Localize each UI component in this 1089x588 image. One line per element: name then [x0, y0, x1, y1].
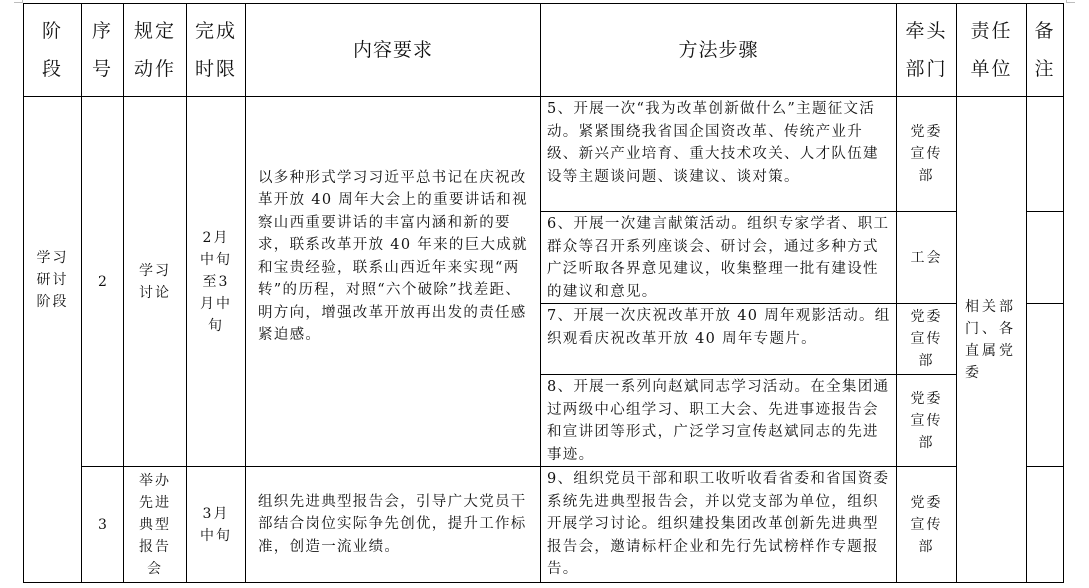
lead-dept-cell: 党委宣传部	[897, 375, 957, 467]
header-action: 规定动作	[124, 4, 187, 97]
page-corner-mark	[1066, 0, 1075, 3]
stage-cell: 学习研讨阶段	[24, 97, 82, 583]
lead-dept-cell: 党委宣传部	[897, 467, 957, 583]
deadline-cell: 3月中旬	[187, 467, 246, 583]
lead-dept-cell: 党委宣传部	[897, 304, 957, 375]
seq-cell: 3	[82, 467, 124, 583]
method-step-8: 8、开展一系列向赵斌同志学习活动。在全集团通过两级中心组学习、职工大会、先进事迹…	[541, 375, 897, 467]
lead-dept-cell: 党委宣传部	[897, 97, 957, 212]
header-method: 方法步骤	[541, 4, 897, 97]
header-content: 内容要求	[246, 4, 541, 97]
header-deadline: 完成时限	[187, 4, 246, 97]
header-remark: 备注	[1027, 4, 1064, 97]
content-requirement-cell: 以多种形式学习习近平总书记在庆祝改革开放 40 周年大会上的重要讲话和视察山西重…	[246, 97, 541, 467]
content-requirement-cell: 组织先进典型报告会，引导广大党员干部结合岗位实际争先创优，提升工作标准，创造一流…	[246, 467, 541, 583]
header-seq: 序号	[82, 4, 124, 97]
method-step-7: 7、开展一次庆祝改革开放 40 周年观影活动。组织观看庆祝改革开放 40 周年专…	[541, 304, 897, 375]
header-stage: 阶段	[24, 4, 82, 97]
remark-cell	[1027, 97, 1064, 212]
remark-cell	[1027, 467, 1064, 583]
header-row: 阶段 序号 规定动作 完成时限 内容要求 方法步骤 牵头部门 责任单位 备注	[24, 4, 1064, 97]
header-lead-dept: 牵头部门	[897, 4, 957, 97]
table-row: 3 举办先进典型报告会 3月中旬 组织先进典型报告会，引导广大党员干部结合岗位实…	[24, 467, 1064, 583]
method-step-6: 6、开展一次建言献策活动。组织专家学者、职工群众等召开系列座谈会、研讨会，通过多…	[541, 212, 897, 304]
responsible-unit-cell: 相关部门、各直属党委	[957, 97, 1027, 583]
deadline-cell: 2月中旬至3月中旬	[187, 97, 246, 467]
table-row: 学习研讨阶段 2 学习讨论 2月中旬至3月中旬 以多种形式学习习近平总书记在庆祝…	[24, 97, 1064, 212]
method-step-9: 9、组织党员干部和职工收听收看省委和省国资委系统先进典型报告会，并以党支部为单位…	[541, 467, 897, 583]
method-step-5: 5、开展一次“我为改革创新做什么”主题征文活动。紧紧围绕我省国企国资改革、传统产…	[541, 97, 897, 212]
remark-cell	[1027, 212, 1064, 304]
lead-dept-cell: 工会	[897, 212, 957, 304]
header-resp-unit: 责任单位	[957, 4, 1027, 97]
work-plan-table: 阶段 序号 规定动作 完成时限 内容要求 方法步骤 牵头部门 责任单位 备注 学…	[23, 3, 1064, 583]
remark-cell	[1027, 304, 1064, 467]
page-corner-mark	[14, 0, 23, 3]
action-cell: 举办先进典型报告会	[124, 467, 187, 583]
seq-cell: 2	[82, 97, 124, 467]
action-cell: 学习讨论	[124, 97, 187, 467]
